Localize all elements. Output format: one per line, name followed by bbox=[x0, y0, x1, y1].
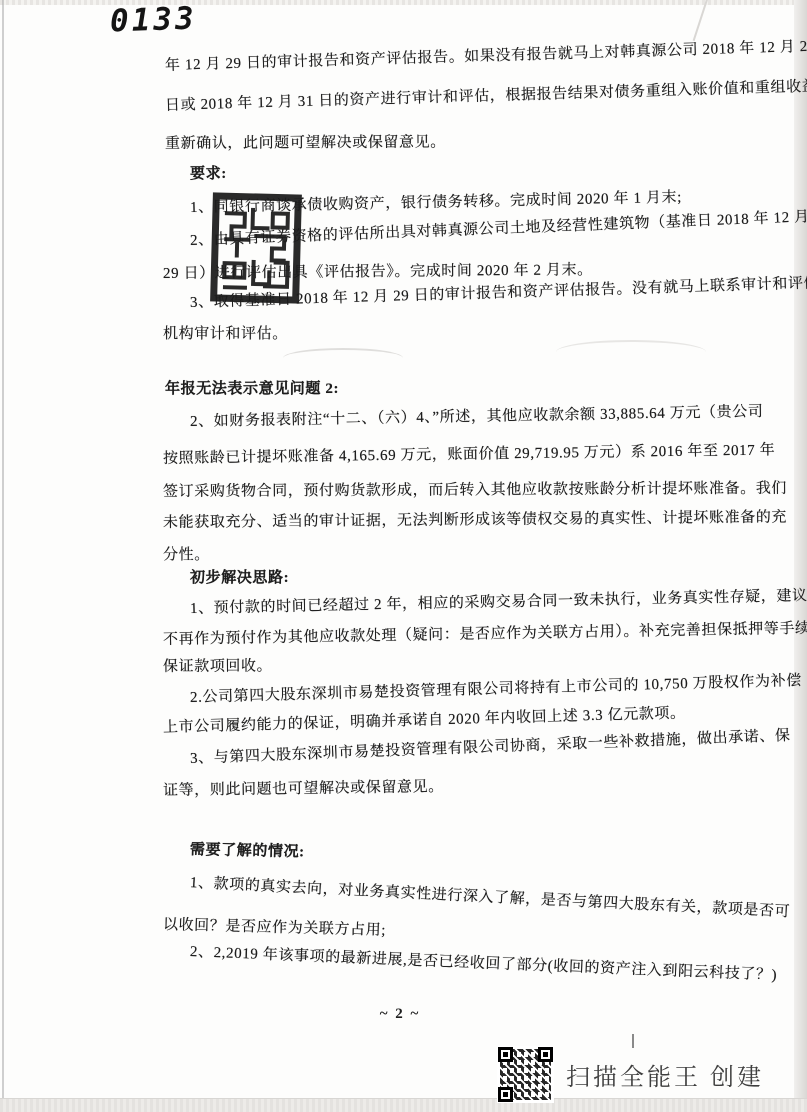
doc-line: 2、2,2019 年该事项的最新进展,是否已经收回了部分(收回的资产注入到阳云科… bbox=[190, 940, 778, 985]
doc-line: 签订采购货物合同，预付购货款形成，而后转入其他应收款按账龄分析计提坏账准备。我们 bbox=[163, 477, 787, 501]
scanned-document-page: 0133 年 12 月 29 日的审计报告和资产评估报告。如果没有报告就马上对韩… bbox=[0, 0, 807, 1112]
heading-initial-solution: 初步解决思路: bbox=[190, 566, 289, 587]
scan-smudge bbox=[283, 348, 403, 368]
doc-line: 重新确认，此问题可望解决或保留意见。 bbox=[165, 131, 446, 153]
doc-line: 按照账龄已计提坏账准备 4,165.69 万元，账面价值 29,719.95 万… bbox=[163, 438, 776, 468]
qr-finder-icon bbox=[498, 1087, 513, 1102]
paper-crease bbox=[693, 0, 710, 41]
doc-line: 未能获取充分、适当的审计证据，无法判断形成该等债权交易的真实性、计提坏账准备的充 bbox=[163, 506, 787, 532]
company-seal bbox=[209, 191, 304, 305]
doc-line: 证等，则此问题也可望解决或保留意见。 bbox=[163, 775, 444, 800]
heading-info-needed: 需要了解的情况: bbox=[190, 838, 305, 861]
scan-smudge bbox=[556, 340, 706, 364]
doc-line: 不再作为预付作为其他应收款处理（疑问：是否应作为关联方占用）。补充完善担保抵押等… bbox=[163, 616, 807, 649]
doc-line: 以收回？是否应作为关联方占用; bbox=[163, 913, 387, 940]
doc-line: 日或 2018 年 12 月 31 日的资产进行审计和评估，根据报告结果对债务重… bbox=[165, 75, 807, 115]
qr-finder-icon bbox=[498, 1047, 513, 1062]
scan-artifact-tick bbox=[632, 1034, 634, 1048]
heading-requirements: 要求: bbox=[190, 162, 227, 183]
page-number: ~ 2 ~ bbox=[345, 1006, 455, 1023]
scan-edge-left bbox=[2, 0, 4, 1112]
qr-finder-icon bbox=[538, 1047, 553, 1062]
camscanner-watermark-label: 扫描全能王 创建 bbox=[566, 1057, 764, 1092]
doc-line: 2.公司第四大股东深圳市易楚投资管理有限公司将持有上市公司的 10,750 万股… bbox=[190, 669, 802, 707]
doc-line: 保证款项回收。 bbox=[163, 654, 272, 676]
doc-line: 1、款项的真实去向，对业务真实性进行深入了解，是否与第四大股东有关，款项是否可 bbox=[189, 871, 790, 921]
scan-edge-right bbox=[794, 0, 807, 1112]
stamp-number: 0133 bbox=[109, 0, 197, 39]
doc-line: 机构审计和评估。 bbox=[163, 322, 288, 343]
doc-line: 分性。 bbox=[163, 543, 210, 564]
doc-line: 1、预付款的时间已经超过 2 年，相应的采购交易合同一致未执行，业务真实性存疑，… bbox=[190, 584, 807, 618]
scan-edge-bottom bbox=[0, 1098, 807, 1112]
doc-line: 2、如财务报表附注“十二、（六）4、”所述，其他应收款余额 33,885.64 … bbox=[190, 400, 764, 431]
doc-line: 年 12 月 29 日的审计报告和资产评估报告。如果没有报告就马上对韩真源公司 … bbox=[165, 35, 807, 75]
camscanner-qr-code-icon bbox=[497, 1046, 554, 1103]
heading-annual-report-issue-2: 年报无法表示意见问题 2: bbox=[165, 377, 339, 398]
